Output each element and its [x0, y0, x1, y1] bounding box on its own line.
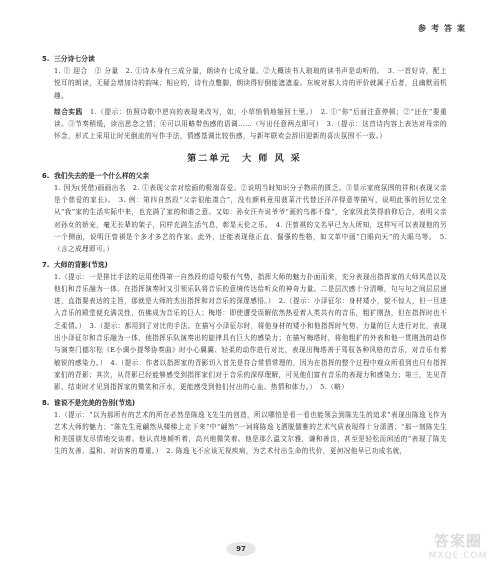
section-title-6: 6.我们失去的是一个什么样的父亲	[42, 171, 447, 182]
watermark-sub: MXQE.COM	[418, 550, 498, 562]
section-8-answers: 1.（提示：“以为那所有的艺术的所在必然是陈逸飞先生的创造，所以哪怕是看一看也能…	[42, 409, 447, 458]
section-6-answers: 1. 因为(凭借)画画出名 2. ①表现父亲对绘画的极端喜爱。②说明当时知识分子…	[42, 182, 447, 256]
practice-answers: 综合实践 1.（提示：仿照诗歌中逆向的表现来改写，如，小草悄悄地缩回土里。） 2…	[42, 106, 447, 143]
section-7-answers: 1.（提示：一是排比手法的运用使得第一自然段的语句极有气势，指挥大师的魅力扑面而…	[42, 271, 447, 394]
watermark-main: 答案圈	[418, 532, 498, 550]
section-title-8: 8.谁说不是完美的告别(节选)	[42, 398, 447, 409]
section-title-text: 谁说不是完美的告别(节选)	[54, 399, 135, 407]
section-5-answers: 1. ① 迎合 ② 分量 2. ①诗本身有三成分量，朗读有七成分量。②大概读书人…	[42, 65, 447, 102]
answer-content: 5.三分诗七分读 1. ① 迎合 ② 分量 2. ①诗本身有三成分量，朗读有七成…	[42, 54, 447, 458]
section-title-7: 7.大师的背影(节选)	[42, 260, 447, 271]
section-title-text: 大师的背影(节选)	[54, 261, 108, 269]
practice-label: 综合实践	[54, 108, 83, 116]
practice-text: 1.（提示：仿照诗歌中逆向的表现来改写，如，小草悄悄地缩回土里。） 2. ①“你…	[54, 108, 447, 141]
section-number: 8.	[42, 398, 54, 409]
section-title-text: 三分诗七分读	[54, 55, 95, 63]
section-number: 6.	[42, 171, 54, 182]
section-title-text: 我们失去的是一个什么样的父亲	[54, 172, 149, 180]
section-title-5: 5.三分诗七分读	[42, 54, 447, 65]
unit-title: 第二单元 大 师 风 采	[42, 153, 447, 165]
section-number: 7.	[42, 260, 54, 271]
watermark-logo: 答案圈 MXQE.COM	[418, 532, 498, 562]
page-number: 97	[226, 542, 256, 556]
page-header: 参考答案	[418, 23, 470, 34]
section-number: 5.	[42, 54, 54, 65]
